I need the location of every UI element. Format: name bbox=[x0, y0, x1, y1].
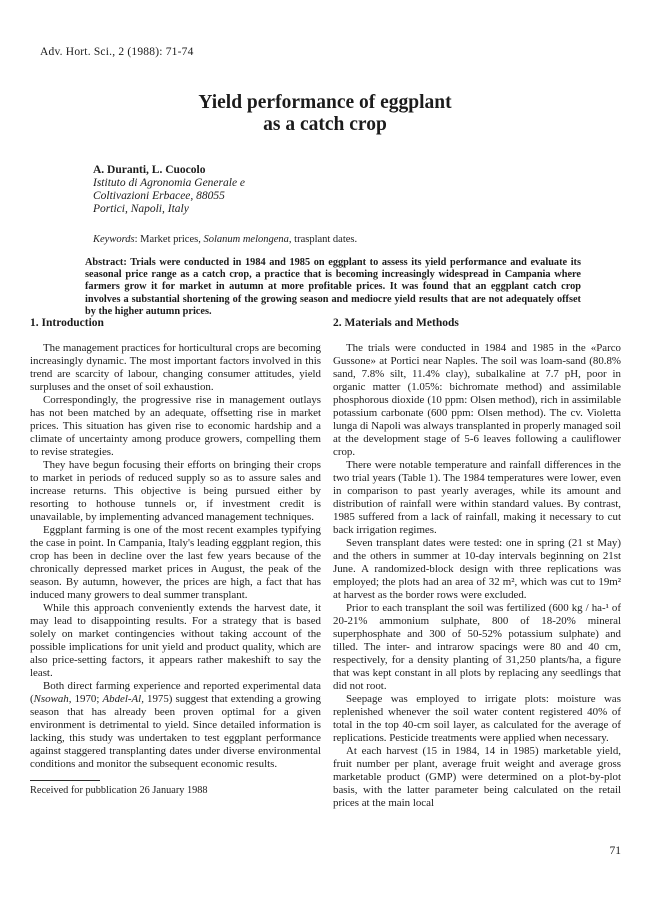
article-title: Yield performance of eggplant as a catch… bbox=[0, 92, 650, 136]
affiliation-line: Portici, Napoli, Italy bbox=[93, 203, 245, 216]
affiliation-line: Coltivazioni Erbacee, 88055 bbox=[93, 190, 245, 203]
methods-heading: 2. Materials and Methods bbox=[333, 317, 621, 329]
keywords-line: Keywords: Market prices, Solanum melonge… bbox=[93, 234, 357, 245]
abstract-text: Abstract: Trials were conducted in 1984 … bbox=[85, 257, 581, 318]
paragraph: Correspondingly, the progressive rise in… bbox=[30, 394, 321, 459]
paragraph: Prior to each transplant the soil was fe… bbox=[333, 602, 621, 693]
article-title-line2: as a catch crop bbox=[0, 114, 650, 136]
footnote-text: Received for pubblication 26 January 198… bbox=[30, 785, 321, 796]
affiliation-line: Istituto di Agronomia Generale e bbox=[93, 177, 245, 190]
keywords-plain2: , trasplant dates. bbox=[289, 234, 357, 245]
paragraph: Seven transplant dates were tested: one … bbox=[333, 537, 621, 602]
keywords-species: Solanum melongena bbox=[203, 234, 288, 245]
paragraph: Seepage was employed to irrigate plots: … bbox=[333, 693, 621, 745]
journal-reference: Adv. Hort. Sci., 2 (1988): 71-74 bbox=[40, 46, 194, 58]
paragraph: At each harvest (15 in 1984, 14 in 1985)… bbox=[333, 745, 621, 810]
paragraph: Eggplant farming is one of the most rece… bbox=[30, 524, 321, 602]
author-names: A. Duranti, L. Cuocolo bbox=[93, 164, 245, 176]
paragraph: The management practices for horticultur… bbox=[30, 342, 321, 394]
page-number: 71 bbox=[610, 845, 622, 857]
keywords-label: Keywords bbox=[93, 234, 135, 245]
footnote: Received for pubblication 26 January 198… bbox=[30, 780, 321, 796]
paragraph: The trials were conducted in 1984 and 19… bbox=[333, 342, 621, 459]
introduction-section: 1. Introduction The management practices… bbox=[30, 317, 321, 810]
keywords-plain1: Market prices, bbox=[140, 234, 203, 245]
paragraph: There were notable temperature and rainf… bbox=[333, 459, 621, 537]
paragraph: While this approach conveniently extends… bbox=[30, 602, 321, 680]
affiliation: Istituto di Agronomia Generale eColtivaz… bbox=[93, 177, 245, 217]
methods-section: 2. Materials and Methods The trials were… bbox=[333, 317, 621, 810]
introduction-paragraphs: The management practices for horticultur… bbox=[30, 342, 321, 771]
article-title-line1: Yield performance of eggplant bbox=[0, 92, 650, 114]
footnote-rule bbox=[30, 780, 100, 781]
paragraph: Both direct farming experience and repor… bbox=[30, 680, 321, 771]
authors-block: A. Duranti, L. Cuocolo Istituto di Agron… bbox=[93, 164, 245, 217]
introduction-heading: 1. Introduction bbox=[30, 317, 321, 329]
methods-paragraphs: The trials were conducted in 1984 and 19… bbox=[333, 342, 621, 810]
article-body: 1. Introduction The management practices… bbox=[30, 317, 621, 810]
paragraph: They have begun focusing their efforts o… bbox=[30, 459, 321, 524]
